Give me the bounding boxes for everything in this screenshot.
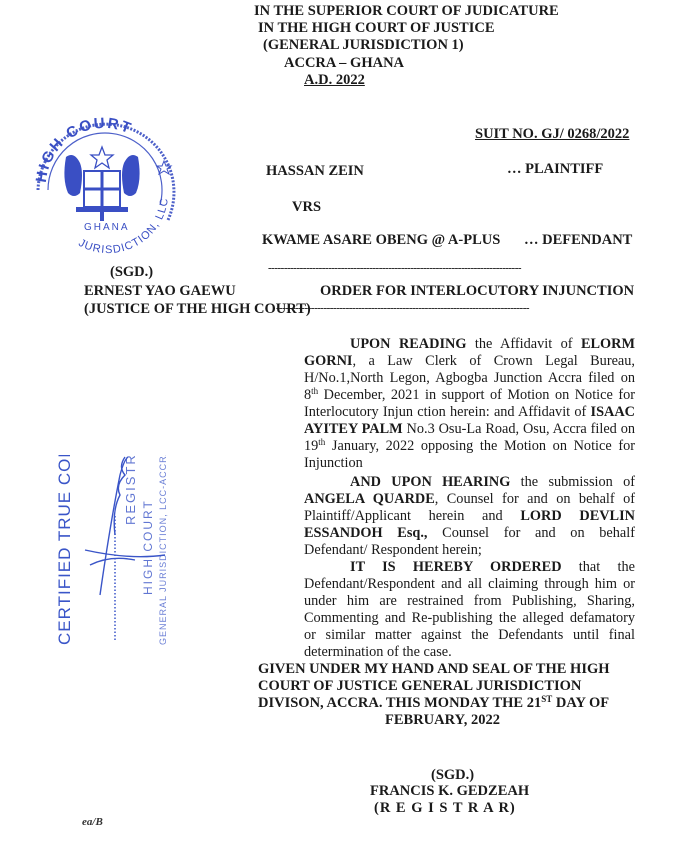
registrar-signed: (SGD.) bbox=[431, 767, 474, 784]
registrar-name: FRANCIS K. GEDZEAH bbox=[370, 783, 529, 800]
registrar-title: (R E G I S T R A R) bbox=[374, 800, 516, 817]
svg-text:HIGH COURT: HIGH COURT bbox=[141, 499, 155, 595]
given-under-hand: GIVEN UNDER MY HAND AND SEAL OF THE HIGH… bbox=[258, 661, 638, 712]
svg-text:GHANA: GHANA bbox=[84, 222, 130, 233]
order-title: ORDER FOR INTERLOCUTORY INJUNCTION bbox=[320, 283, 634, 300]
dash-line-bottom: ----------------------------------------… bbox=[276, 302, 592, 314]
court-header-line1: IN THE SUPERIOR COURT OF JUDICATURE bbox=[254, 3, 559, 20]
svg-text:CERTIFIED TRUE COPY: CERTIFIED TRUE COPY bbox=[55, 455, 74, 645]
court-header-line3: (GENERAL JURISDICTION 1) bbox=[263, 37, 464, 54]
court-header-line4: ACCRA – GHANA bbox=[284, 55, 404, 72]
court-header-line2: IN THE HIGH COURT OF JUSTICE bbox=[258, 20, 495, 37]
certified-true-copy-stamp-icon: CERTIFIED TRUE COPY REGISTRAR HIGH COURT… bbox=[20, 455, 180, 655]
versus-label: VRS bbox=[292, 199, 321, 216]
lead-upon-hearing: AND UPON HEARING bbox=[350, 474, 510, 490]
svg-text:GENERAL JURISDICTION, LCC-ACCR: GENERAL JURISDICTION, LCC-ACCRA bbox=[158, 455, 168, 645]
plaintiff-name: HASSAN ZEIN bbox=[266, 163, 364, 180]
court-header-year: A.D. 2022 bbox=[304, 72, 365, 89]
dash-line-top: ----------------------------------------… bbox=[268, 262, 590, 274]
given-date: FEBRUARY, 2022 bbox=[385, 712, 500, 729]
defendant-role: … DEFENDANT bbox=[524, 232, 632, 249]
suit-number: SUIT NO. GJ/ 0268/2022 bbox=[475, 126, 629, 143]
plaintiff-role: … PLAINTIFF bbox=[507, 161, 603, 178]
judge-signed: (SGD.) bbox=[110, 264, 153, 281]
judge-name: ERNEST YAO GAEWU bbox=[84, 283, 236, 300]
high-court-seal-icon: HIGH COURT JURISDICTION, LLC GHANA bbox=[18, 95, 188, 265]
lead-hereby-ordered: IT IS HEREBY ORDERED bbox=[350, 559, 562, 575]
lead-upon-reading: UPON READING bbox=[350, 336, 466, 352]
svg-text:REGISTRAR: REGISTRAR bbox=[123, 455, 138, 525]
footer-initials: ea/B bbox=[82, 816, 103, 828]
paragraph-upon-reading: UPON READING the Affidavit of ELORM GORN… bbox=[304, 336, 635, 472]
defendant-name: KWAME ASARE OBENG @ A-PLUS bbox=[262, 232, 500, 249]
paragraph-upon-hearing: AND UPON HEARING the submission of ANGEL… bbox=[304, 474, 635, 559]
paragraph-hereby-ordered: IT IS HEREBY ORDERED that the Defendant/… bbox=[304, 559, 635, 661]
